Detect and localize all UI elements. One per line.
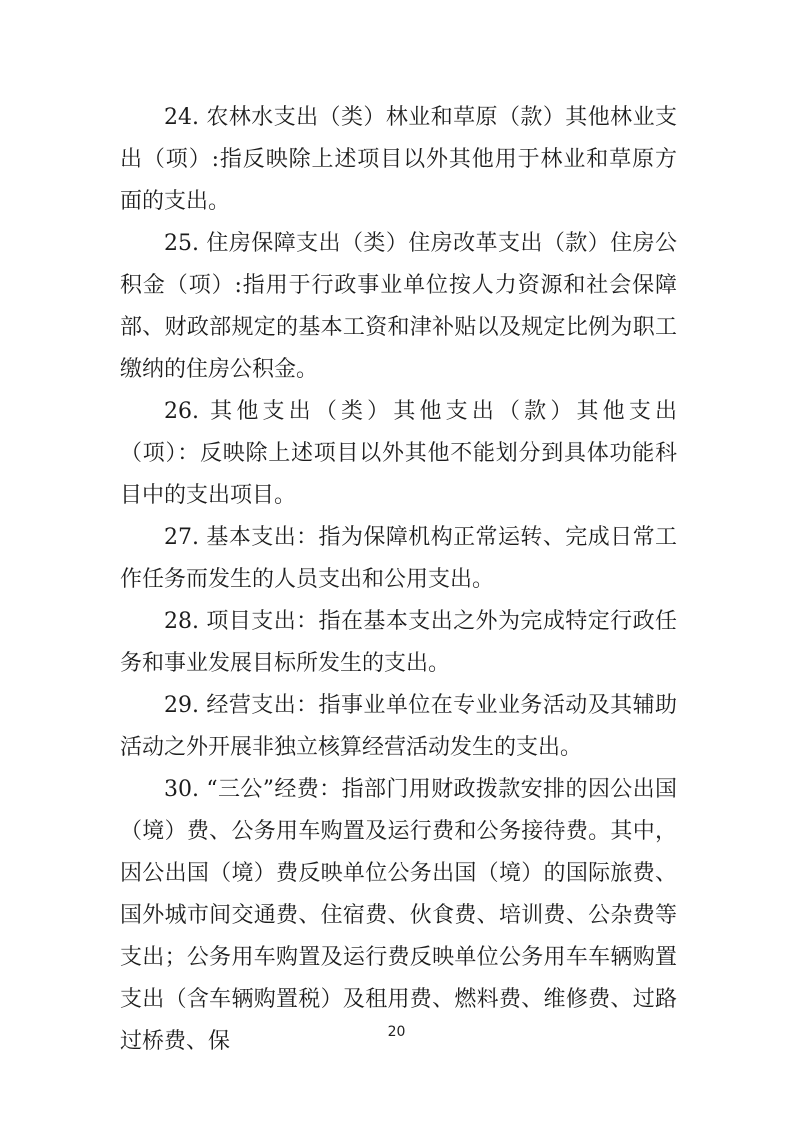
paragraph-25: 25. 住房保障支出（类）住房改革支出（款）住房公积金（项）:指用于行政事业单位…	[120, 223, 677, 391]
paragraph-24: 24. 农林水支出（类）林业和草原（款）其他林业支出（项）:指反映除上述项目以外…	[120, 97, 677, 223]
page-number: 20	[0, 1024, 793, 1040]
paragraph-29: 29. 经营支出：指事业单位在专业业务活动及其辅助活动之外开展非独立核算经营活动…	[120, 685, 677, 769]
document-page: 24. 农林水支出（类）林业和草原（款）其他林业支出（项）:指反映除上述项目以外…	[120, 97, 677, 1063]
paragraph-27: 27. 基本支出：指为保障机构正常运转、完成日常工作任务而发生的人员支出和公用支…	[120, 517, 677, 601]
paragraph-26: 26. 其他支出（类）其他支出（款）其他支出（项）：反映除上述项目以外其他不能划…	[120, 391, 677, 517]
paragraph-28: 28. 项目支出：指在基本支出之外为完成特定行政任务和事业发展目标所发生的支出。	[120, 601, 677, 685]
paragraph-30: 30. “三公”经费：指部门用财政拨款安排的因公出国（境）费、公务用车购置及运行…	[120, 769, 677, 1063]
